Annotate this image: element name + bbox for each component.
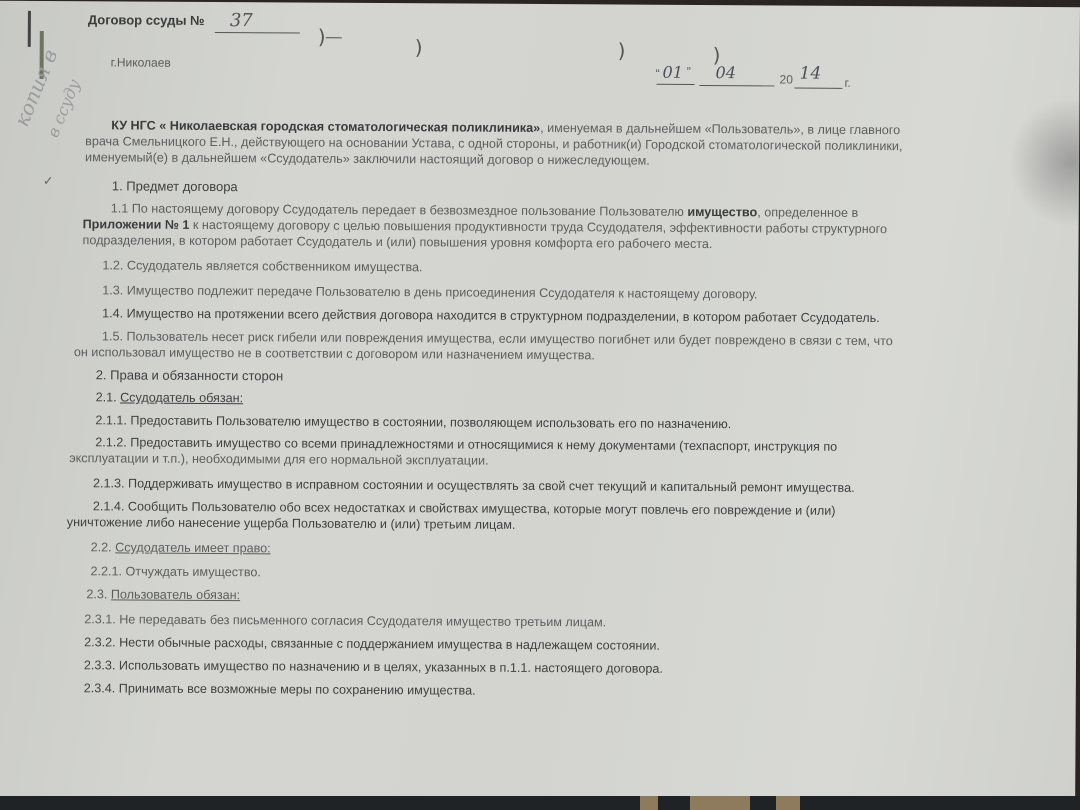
clause-2-2-1: 2.2.1. Отчуждать имущество. [90, 564, 260, 579]
date-day: 01 [663, 63, 683, 82]
margin-pen-mark [28, 11, 31, 47]
date-month-underline [700, 85, 775, 86]
clause-2-1: 2.1. Ссудодатель обязан: [96, 390, 244, 405]
date-year-prefix: 20 [780, 72, 793, 86]
clause-2-1-4-line-2: уничтожение либо нанесение ущерба Пользо… [67, 515, 516, 532]
dash-mark: — [326, 29, 342, 47]
clause-text: к настоящему договору с целью повышения … [189, 218, 887, 236]
clause-2-2: 2.2. Ссудодатель имеет право: [91, 540, 271, 555]
clause-2-3: 2.3. Пользователь обязан: [86, 587, 240, 602]
clause-1-1-line-3: подразделения, в котором работает Ссудод… [83, 233, 713, 251]
finger-shadow [1009, 97, 1080, 227]
clause-1-2: 1.2. Ссудодатель является собственником … [102, 258, 422, 274]
section-2-title: 2. Права и обязанности сторон [96, 367, 284, 383]
contract-title: Договор ссуды № [88, 12, 205, 28]
clause-bold: имущество [687, 205, 757, 219]
date-year-suffix: 14 [800, 64, 822, 84]
clause-text: 1.1 По настоящему договору Ссудодатель п… [111, 201, 688, 219]
section-1-title: 1. Предмет договора [112, 178, 238, 194]
clause-1-4: 1.4. Имущество на протяжении всего дейст… [102, 306, 880, 325]
date-year-unit: г. [844, 76, 850, 90]
clause-heading: Пользователь обязан: [111, 587, 240, 602]
bracket-mark: ) [415, 35, 423, 59]
clause-2-3-3: 2.3.3. Использовать имущество по назначе… [84, 658, 663, 676]
contract-number: 37 [230, 10, 253, 31]
appendix-reference: Приложении № 1 [83, 217, 190, 232]
margin-tick-mark: ✓ [43, 173, 54, 188]
clause-text: , определенное в [757, 205, 858, 220]
clause-2-3-4: 2.3.4. Принимать все возможные меры по с… [84, 681, 476, 697]
date-quote-open: “ [656, 67, 660, 81]
date-day-underline [657, 84, 695, 85]
date-year-underline [794, 88, 842, 89]
preamble-line-3: именуемый(е) в дальнейшем «Ссудодатель» … [85, 150, 650, 167]
clause-number: 2.2. [91, 540, 116, 554]
institution-name: КУ НГС « Николаевская городская стоматол… [111, 118, 540, 135]
clause-2-3-2: 2.3.2. Нести обычные расходы, связанные … [84, 635, 660, 653]
clause-2-1-1: 2.1.1. Предоставить Пользователю имущест… [95, 413, 731, 431]
date-month: 04 [716, 63, 736, 82]
city-label: г.Николаев [111, 55, 171, 69]
clause-2-1-3: 2.1.3. Поддерживать имущество в исправно… [93, 476, 855, 495]
table-surface [0, 796, 1080, 810]
clause-1-3: 1.3. Имущество подлежит передаче Пользов… [102, 283, 757, 301]
date-quote-close: ” [687, 65, 691, 79]
clause-1-5-line-2: он использовал имущество не в соответств… [74, 345, 595, 362]
clause-number: 2.1. [96, 390, 121, 404]
clause-2-1-2-line-2: эксплуатации и т.п.), необходимыми для е… [69, 451, 488, 468]
contract-number-underline [215, 32, 300, 34]
contract-page: копия в в ссуду Договор ссуды № 37 ) — )… [0, 1, 1080, 804]
preamble-text: , именуемая в дальнейшем «Пользователь»,… [540, 121, 900, 137]
clause-number: 2.3. [86, 587, 111, 601]
clause-heading: Ссудодатель имеет право: [115, 540, 271, 555]
clause-2-3-1: 2.3.1. Не передавать без письменного сог… [84, 612, 606, 629]
bracket-mark: ) [618, 38, 626, 62]
bracket-mark: ) [318, 25, 326, 49]
clause-heading: Ссудодатель обязан: [120, 390, 243, 405]
